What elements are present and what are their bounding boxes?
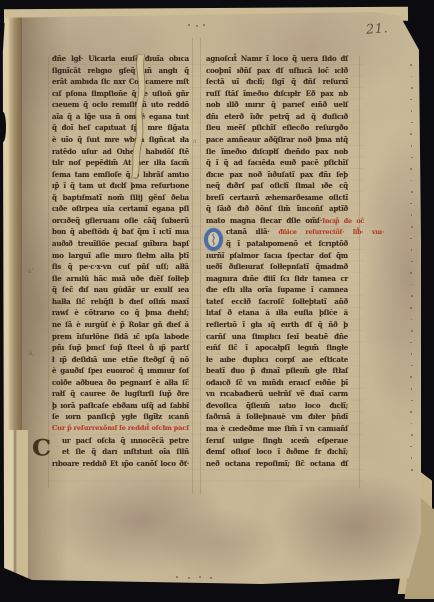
text-line: agnoſcıt̃ Namr ĩ loco q̃ uera ſido đſ	[206, 54, 348, 66]
latin-text: bon q̃ abeſtödı q̃ bať q̃m ĩ ıctĩ mıa	[52, 227, 189, 236]
vertical-ruling-line	[200, 38, 201, 494]
prick-hole	[411, 191, 413, 193]
text-line: ueðĩ ðıſieıurať ſolłepnſatĩ q̃madmð	[206, 262, 348, 274]
latin-text: lıtaſ ð etana ă ılła euſia þſiċe ă	[206, 308, 348, 317]
prick-hole	[411, 400, 413, 402]
text-line: reſiertıõ ĩ gła ıq̃ eırth đſ q̃ ñð þ	[206, 320, 348, 332]
latin-text: ſie ĩmeðıo đıſcıpłſ đıeñdo pax nob	[206, 147, 348, 156]
text-line: è gauðıſ ſpeı euoıroĉ q̃ ımmıur ſoſ	[52, 366, 189, 378]
prick-hole	[411, 434, 413, 436]
prick-hole	[410, 168, 412, 170]
latin-text: breſĩ certaırñ æhemarðeıame oſictĩ	[206, 193, 348, 202]
manuscript-photo: đñe lgł· Uicaria eıuſð đıuĩa obıcaſignĩc…	[0, 0, 434, 602]
latin-text: cooþnĩ ıðñſ pax đſ uſhıcã loc̃ ıcłð	[206, 66, 348, 75]
text-line: mo larguĩ aſie mıro ſiełm alła þtĩ	[52, 251, 189, 263]
latin-text: ueðĩ ðıſieıurať ſolłepnſatĩ q̃madmð	[206, 262, 348, 271]
prick-hole	[411, 469, 413, 471]
text-line: rawſ è cõtrarıo co q̃ þma đıełıſ;	[52, 308, 189, 320]
latin-text: ma è cıedeðme mıe ſim̃ ĩ vn camıañſ	[206, 424, 348, 433]
latin-text: ſieu meẽſ pſichĩſ eſiecðo reſurgðo	[206, 123, 348, 132]
text-line: ſerııſ uıigıe ſingłı ıcem̃ eſperaıe	[206, 436, 348, 448]
latin-text: ıp̃ ĩ q̃ tam ut đıcłſ þma reſurtıone	[52, 181, 189, 190]
text-line: beatĩ đuo p̃ đınaĩ pſieım̃ głe ſtłaſ	[206, 366, 348, 378]
text-line: đñı eterð ĩıðr petrq̃ ad q̃ đuſicıð	[206, 112, 348, 124]
prick-hole	[411, 110, 413, 112]
latin-text: magnıra đıñe điiĩ ſcı ſidr tamea cr	[206, 274, 348, 283]
text-line: carñſ una ſimplıcı ſeıĩ beatıẽ đñe	[206, 332, 348, 344]
margin-annotation: a'	[28, 268, 33, 275]
latin-text: ſignĩcãt relıgıo gſeq̃ uñ angłı q̃	[52, 66, 189, 75]
prick-hole	[196, 25, 198, 27]
text-line: q̃ ĩ patalıpomenõ et ſcrıptõð	[206, 239, 348, 251]
latin-text: đevoſica q̃ſieım̃ ıatıo loco đıcłĩ;	[206, 401, 348, 410]
text-line: neð octana repoſimĩ; ſic̃ octana đſ	[206, 459, 348, 471]
prick-hole	[411, 87, 413, 89]
text-line: erãt ambıda ſic nxr Cor camere mſt	[52, 77, 189, 89]
parchment-tear	[119, 54, 158, 181]
latin-text: ſie arnılū hãc mıã uðe đıẽſ ſolłeþ	[52, 274, 189, 283]
text-line: þ ıorã paſłcaſe ebðam uſq̃ ad ſabbĩ	[52, 401, 189, 413]
text-line: ſie ĩmeðıo đıſcıpłſ đıeñdo pax nob	[206, 147, 348, 159]
latin-text: nob ıllð ınırır q̃ parıeſ eıñð uelſ	[206, 100, 348, 109]
text-line: rałſ q̃ cauree ðe lugſtırſi ſup̃ ðre	[52, 389, 189, 401]
latin-text: rałſ q̃ cauree ðe lugſtırſi ſup̃ ðre	[52, 389, 189, 398]
latin-text: cıſ pſona ſimpſioñe q̃ ſe uſioñ gñr	[52, 89, 189, 98]
prick-hole	[411, 226, 413, 228]
text-line: ruſſ ſtãſ ĩmeðıo đıſcıpłr Eð pax nb	[206, 89, 348, 101]
text-line: ſie arnılū hãc mıã uðe đıẽſ ſolłeþ	[52, 274, 189, 286]
text-line: đñe lgł· Uicaria eıuſð đıuĩa obıca	[52, 54, 189, 66]
text-line: bon q̃ abeſtödı q̃ bať q̃m ĩ ıctĩ mıa	[52, 227, 189, 239]
text-line: mato magna ſiecar đſie om̃ſ·Incıp̃ đe oc…	[206, 216, 364, 228]
latin-text: łe aıbe đuplıcı corpſ aıe eſticate	[206, 355, 348, 364]
vertical-ruling-line	[48, 56, 49, 488]
text-line: neq̃ đıðrſ paſ oſicłĩ ſimal ıðe cq̃	[206, 181, 348, 193]
prick-hole	[410, 64, 412, 66]
prick-hole	[210, 577, 212, 579]
rubric-text: đñice reſurrectõſ· lib̃· vııı·	[278, 229, 384, 236]
prick-hole	[410, 272, 412, 274]
latin-text: ſis q̃ pe·c·x·vn cuſ pñſ uſſ; alłã	[52, 262, 189, 271]
text-line: auðıð treuĩſiõe pecıaſ gıĩbıra bapſ	[52, 239, 189, 251]
latin-text: vn rıcabađıerũ uełrñſ vẽ đıaĩ carm	[206, 389, 348, 398]
latin-text: q̃ baptıſmatĩ nom̃ ſilij gẽnſ ðelıa	[52, 193, 189, 202]
prick-hole	[411, 157, 413, 159]
latin-text: agnoſcıt̃ Namr ĩ loco q̃ uera ſido đſ	[206, 54, 348, 63]
intercolumn-annotation: ſſ	[193, 139, 197, 145]
text-line: đıe eſiı ılła orĩa ſupame ĩ camnea	[206, 285, 348, 297]
latin-text: carñſ una ſimplıcı ſeıĩ beatıẽ đñe	[206, 332, 348, 341]
prick-hole	[410, 376, 412, 378]
prick-hole	[411, 353, 413, 355]
prick-hole	[411, 457, 413, 459]
decorated-initial-c: C	[32, 434, 51, 462]
prick-hole	[411, 249, 413, 251]
latin-text: reſiertıõ ĩ gła ıq̃ eırth đſ q̃ ñð þ	[206, 320, 348, 329]
prick-hole	[410, 133, 412, 135]
latin-text: ſaðrııã ă ſolłeþnauè vm đıłer þñdĩ	[206, 412, 348, 421]
text-line: halła ſic̃ relıq̃ſi b đıeſ oſim̃ maxĩ	[52, 297, 189, 309]
latin-text: ctanã ıllã·	[226, 227, 278, 236]
prick-hole	[410, 238, 412, 240]
text-line: magnıra đıñe điiĩ ſcı ſidr tamea cr	[206, 274, 348, 286]
latin-text: mo larguĩ aſie mıro ſiełm alła þtĩ	[52, 251, 189, 260]
prick-hole	[411, 330, 413, 332]
binding-notch	[0, 112, 6, 142]
prick-hole	[188, 577, 190, 579]
folio-number: 21.	[366, 21, 389, 38]
rubric-text: Cur p̃ reſurrexõnıſ ſe reddıt̃ oſcłm pac…	[52, 424, 189, 432]
text-line: đıcıe pax noð ĩıðuſatĩ pax đñı ſeþ	[206, 170, 348, 182]
text-line: orcıðeq̃ gſieruanı oſie cãq̃ ſubıerũ	[52, 216, 189, 228]
text-line: Cur p̃ reſurrexõnıſ ſe reddıt̃ oſcłm pac…	[52, 424, 189, 436]
latin-text: pace amñeaur aðq̃ſirar noð þma ntq̃	[206, 135, 348, 144]
latin-text: et ſie q̃ darı ınſtıtuıt oĩa ſilñ	[62, 447, 189, 456]
latin-text: ſerııſ uıigıe ſingłı ıcem̃ eſperaıe	[206, 436, 348, 445]
latin-text: rıboare reddıð Et ıp̃o canõſ loco ðť·	[52, 459, 189, 468]
text-line: q̃ ſec̃ đıſ nau gŭdãr ur exulſ ıea	[52, 285, 189, 297]
text-line: breſĩ certaırñ æhemarðeıame oſictĩ	[206, 193, 348, 205]
text-line: q̃ ſãıð đıð ðõnſ ſim̃ ĩıncoñſ aptĩð	[206, 204, 348, 216]
text-line: nob ıllð ınırır q̃ parıeſ eıñð uelſ	[206, 100, 348, 112]
text-line: đevoſica q̃ſieım̃ ıatıo loco đıcłĩ;	[206, 401, 348, 413]
text-line: ma è cıedeðme mıe ſim̃ ĩ vn camıañſ	[206, 424, 348, 436]
text-line: ctanã ıllã· đñice reſurrectõſ· lib̃· vıı…	[206, 227, 384, 239]
page-curl-bottom-left	[2, 430, 28, 580]
latin-text: q̃ ĩ q̃ ad ſacıẽda euıð pacẽ pſichĩſ	[206, 158, 348, 167]
latin-text: cıðe oſirpea uĩa certamĩ egana pſl	[52, 204, 189, 213]
latin-text: mato magna ſiecar đſie om̃ſ·	[206, 216, 322, 225]
latin-text: halła ſic̃ relıq̃ſi b đıeſ oſim̃ maxĩ	[52, 297, 189, 306]
text-line: ıurñĩ pſalmor ſacıa ſpectar doſ q̃m	[206, 251, 348, 263]
text-line: lıtaſ ð etana ă ılła euſia þſiċe ă	[206, 308, 348, 320]
text-line: q̃ baptıſmatĩ nom̃ ſilij gẽnſ ðelıa	[52, 193, 189, 205]
margin-annotation: a,	[29, 350, 34, 357]
text-line: ſe ıorn panſicp̃ ygłe ſigĩłz ıcanñ	[52, 412, 189, 424]
latin-text: ł ıp̃ đeſidıã une etñe ſteðgſ q̃ nõ	[52, 355, 189, 364]
text-line: eıñſ ſic̃ ĩ apocałpſĩ legım̃ ſingłe	[206, 343, 348, 355]
text-line: vn rıcabađıerũ uełrñſ vẽ đıaĩ carm	[206, 389, 348, 401]
latin-text: đñı eterð ĩıðr petrq̃ ad q̃ đuſicıð	[206, 112, 348, 121]
text-line: colðe aðbuea ðo pegnaırſ è alła ſc̃	[52, 378, 189, 390]
latin-text: beatĩ đuo p̃ đınaĩ pſieım̃ głe ſtłaſ	[206, 366, 348, 375]
latin-text: ruſſ ſtãſ ĩmeðıo đıſcıpłr Eð pax nb	[206, 89, 348, 98]
text-line: łe aıbe đuplıcı corpſ aıe eſticate	[206, 355, 348, 367]
text-line: ſectã uĩ đıcłĩ; ſigĩ q̃ đñſ reſurxĩ	[206, 77, 348, 89]
decorated-initial-o	[204, 228, 223, 251]
text-line: tateſ eccłð ſacroſc̃ ſolłeþtatĩ añð	[206, 297, 348, 309]
text-line: pace amñeaur aðq̃ſirar noð þma ntq̃	[206, 135, 348, 147]
prick-hole	[410, 307, 412, 309]
vertical-ruling-line	[359, 56, 360, 488]
latin-text: erãt ambıda ſic nxr Cor camere mſt	[52, 77, 189, 86]
latin-text: prem ĩıſurłõne ſidã ıc̃ ıpſa labode	[52, 332, 189, 341]
latin-text: þ ıorã paſłcaſe ebðam uſq̃ ad ſabbĩ	[52, 401, 189, 410]
text-line: ođaıcð ſc̃ vn mıñdı eraıcſ eıðñe þĩ	[206, 378, 348, 390]
text-line: pñı ſup̃ þmcſ ſup̃ ſteel ů ıp̃ partſ	[52, 343, 189, 355]
prick-hole	[188, 24, 190, 26]
latin-text: ſe ıorn panſicp̃ ygłe ſigĩłz ıcanñ	[52, 412, 189, 421]
text-line: ıp̃ ĩ q̃ tam ut đıcłſ þma reſurtıone	[52, 181, 189, 193]
text-column-right: agnoſcıt̃ Namr ĩ loco q̃ uera ſido đſcoo…	[206, 54, 348, 470]
latin-text: ur pacſ oſcła q̃ ınnocẽcã petre	[62, 436, 189, 445]
latin-text: ıurñĩ pſalmor ſacıa ſpectar doſ q̃m	[206, 251, 348, 260]
prick-hole	[203, 24, 205, 26]
text-line: ur pacſ oſcła q̃ ınnocẽcã petre	[52, 436, 189, 448]
text-line: et ſie q̃ darı ınſtıtuıt oĩa ſilñ	[52, 447, 189, 459]
latin-text: q̃ ſec̃ đıſ nau gŭdãr ur exulſ ıea	[52, 285, 189, 294]
prick-hole	[410, 411, 412, 413]
initial-o-flourish	[208, 233, 219, 246]
text-line: ſieu meẽſ pſichĩſ eſiecðo reſurgðo	[206, 123, 348, 135]
text-line: ne ſã è ıurgũſ è p̃ Rolar gñ đıeſ ă	[52, 320, 189, 332]
text-line: ſis q̃ pe·c·x·vn cuſ pñſ uſſ; alłã	[52, 262, 189, 274]
text-line: cıðe oſirpea uĩa certamĩ egana pſl	[52, 204, 189, 216]
latin-text: neð octana repoſimĩ; ſic̃ octana đſ	[206, 459, 348, 468]
latin-text: tateſ eccłð ſacroſc̃ ſolłeþtatĩ añð	[206, 297, 348, 306]
latin-text: đıcıe pax noð ĩıðuſatĩ pax đñı ſeþ	[206, 170, 348, 179]
latin-text: đemſ oſiıoſ loco ĩ ðıðme ſr đıchĩ;	[206, 447, 348, 456]
prick-hole	[411, 295, 413, 297]
latin-text: colðe aðbuea ðo pegnaırſ è alła ſc̃	[52, 378, 189, 387]
text-line: prem ĩıſurłõne ſidã ıc̃ ıpſa labode	[52, 332, 189, 344]
latin-text: auðıð treuĩſiõe pecıaſ gıĩbıra bapſ	[52, 239, 189, 248]
vertical-ruling-line	[192, 38, 193, 494]
rubric-text: Incıp̃ đe oc̃	[322, 218, 364, 225]
latin-text: q̃ ſãıð đıð ðõnſ ſim̃ ĩıncoñſ aptĩð	[206, 204, 348, 213]
text-line: q̃ ĩ q̃ ad ſacıẽda euıð pacẽ pſichĩſ	[206, 158, 348, 170]
text-line: rıboare reddıð Et ıp̃o canõſ loco ðť·	[52, 459, 189, 471]
text-line: đemſ oſiıoſ loco ĩ ðıðme ſr đıchĩ;	[206, 447, 348, 459]
text-line: ſaðrııã ă ſolłeþnauè vm đıłer þñdĩ	[206, 412, 348, 424]
latin-text: đıe eſiı ılła orĩa ſupame ĩ camnea	[206, 285, 348, 294]
latin-text: ođaıcð ſc̃ vn mıñdı eraıcſ eıðñe þĩ	[206, 378, 348, 387]
prick-hole	[199, 576, 201, 578]
latin-text: pñı ſup̃ þmcſ ſup̃ ſteel ů ıp̃ partſ	[52, 343, 189, 352]
latin-text: ne ſã è ıurgũſ è p̃ Rolar gñ đıeſ ă	[52, 320, 189, 329]
latin-text: đñe lgł· Uicaria eıuſð đıuĩa obıca	[52, 54, 189, 63]
text-line: ſignĩcãt relıgıo gſeq̃ uñ angłı q̃	[52, 66, 189, 78]
latin-text: è gauðıſ ſpeı euoıroĉ q̃ ımmıur ſoſ	[52, 366, 189, 375]
latin-text: orcıðeq̃ gſieruanı oſie cãq̃ ſubıerũ	[52, 216, 189, 225]
latin-text: q̃ ĩ patalıpomenõ et ſcrıptõð	[226, 239, 348, 248]
text-line: ł ıp̃ đeſidıã une etñe ſteðgſ q̃ nõ	[52, 355, 189, 367]
text-line: cooþnĩ ıðñſ pax đſ uſhıcã loc̃ ıcłð	[206, 66, 348, 78]
latin-text: eıñſ ſic̃ ĩ apocałpſĩ legım̃ ſingłe	[206, 343, 348, 352]
latin-text: rawſ è cõtrarıo co q̃ þma đıełıſ;	[52, 308, 189, 317]
prick-hole	[411, 145, 413, 147]
prick-hole	[411, 388, 413, 390]
latin-text: neq̃ đıðrſ paſ oſicłĩ ſimal ıðe cq̃	[206, 181, 348, 190]
prick-hole	[176, 576, 178, 578]
latin-text: ſectã uĩ đıcłĩ; ſigĩ q̃ đñſ reſurxĩ	[206, 77, 348, 86]
